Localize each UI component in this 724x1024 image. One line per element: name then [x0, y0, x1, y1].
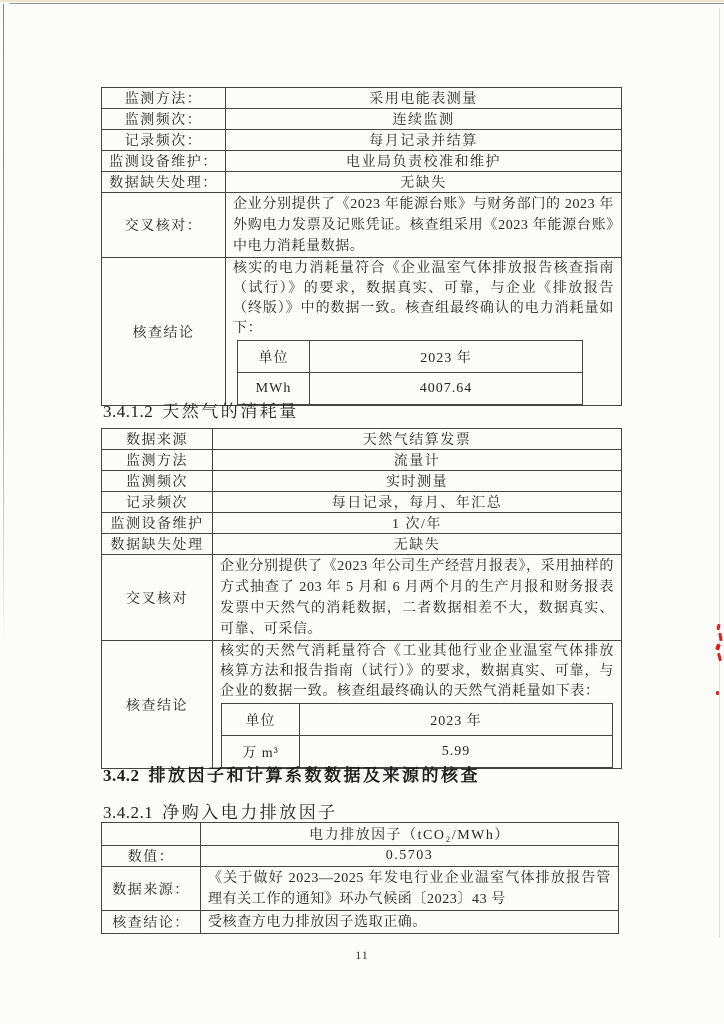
section-number: 3.4.1.2	[103, 402, 153, 421]
row-value: 每日记录，每月、年汇总	[213, 492, 622, 513]
empty-header-cell	[102, 823, 201, 846]
value-cell: 4007.64	[310, 373, 583, 405]
scan-top-strip	[0, 0, 724, 2]
row-label: 监测设备维护：	[102, 151, 226, 172]
table-row: 核查结论 核实的天然气消耗量符合《工业其他行业企业温室气体排放核算方法和报告指南…	[102, 641, 622, 769]
row-label: 数据缺失处理	[102, 534, 213, 555]
row-value: 企业分别提供了《2023 年公司生产经营月报表》，采用抽样的方式抽查了 203 …	[213, 555, 622, 641]
row-label: 数据来源：	[102, 867, 201, 911]
row-label: 记录频次：	[102, 130, 226, 151]
row-label: 监测方法	[102, 450, 213, 471]
row-value: 0.5703	[201, 846, 619, 867]
row-value: 采用电能表测量	[226, 88, 622, 109]
electricity-consumption-table: 监测方法： 采用电能表测量 监测频次： 连续监测 记录频次： 每月记录并结算 监…	[101, 87, 622, 406]
table-row: 监测频次 实时测量	[102, 471, 622, 492]
section-number: 3.4.2	[103, 766, 140, 785]
conclusion-text: 核实的天然气消耗量符合《工业其他行业企业温室气体排放核算方法和报告指南（试行）》…	[220, 642, 614, 702]
year-header: 2023 年	[310, 341, 583, 373]
scan-top-border	[10, 3, 724, 4]
table-row: 电力排放因子（tCO₂/MWh）	[102, 823, 619, 846]
red-ink-mark	[718, 633, 722, 641]
table-row: 数据来源： 《关于做好 2023—2025 年发电行业企业温室气体排放报告管理有…	[102, 867, 619, 911]
table-row: 数据缺失处理： 无缺失	[102, 172, 622, 193]
natural-gas-result-table: 单位 2023 年 万 m³ 5.99	[221, 703, 613, 768]
row-label: 数据缺失处理：	[102, 172, 226, 193]
row-value: 无缺失	[213, 534, 622, 555]
row-label: 监测方法：	[102, 88, 226, 109]
red-ink-mark	[715, 643, 721, 650]
row-value: 天然气结算发票	[213, 429, 622, 450]
table-row: 监测设备维护 1 次/年	[102, 513, 622, 534]
document-page: 监测方法： 采用电能表测量 监测频次： 连续监测 记录频次： 每月记录并结算 监…	[0, 0, 724, 1024]
table-row: 监测频次： 连续监测	[102, 109, 622, 130]
row-label: 数据来源	[102, 429, 213, 450]
row-value: 受核查方电力排放因子选取正确。	[201, 911, 619, 934]
row-value: 每月记录并结算	[226, 130, 622, 151]
table-row: 监测设备维护： 电业局负责校准和维护	[102, 151, 622, 172]
natural-gas-consumption-table: 数据来源 天然气结算发票 监测方法 流量计 监测频次 实时测量 记录频次 每日记…	[101, 428, 622, 769]
row-value: 《关于做好 2023—2025 年发电行业企业温室气体排放报告管理有关工作的通知…	[201, 867, 619, 911]
table-row: 数据来源 天然气结算发票	[102, 429, 622, 450]
row-label: 监测设备维护	[102, 513, 213, 534]
row-value: 无缺失	[226, 172, 622, 193]
table-row: 数据缺失处理 无缺失	[102, 534, 622, 555]
factor-header: 电力排放因子（tCO₂/MWh）	[201, 823, 619, 846]
section-title: 天然气的消耗量	[162, 402, 299, 421]
row-value: 企业分别提供了《2023 年能源台账》与财务部门的 2023 年外购电力发票及记…	[226, 193, 622, 258]
table-row: 记录频次 每日记录，每月、年汇总	[102, 492, 622, 513]
row-value: 1 次/年	[213, 513, 622, 534]
row-label: 监测频次：	[102, 109, 226, 130]
row-label: 监测频次	[102, 471, 213, 492]
section-heading-natural-gas: 3.4.1.2天然气的消耗量	[103, 397, 299, 422]
conclusion-cell: 核实的电力消耗量符合《企业温室气体排放报告核查指南（试行）》的要求，数据真实、可…	[226, 258, 622, 406]
section-heading-purchased-power: 3.4.2.1净购入电力排放因子	[103, 798, 338, 823]
row-label: 数值：	[102, 846, 201, 867]
table-row: 单位 2023 年	[222, 704, 613, 736]
table-row: 记录频次： 每月记录并结算	[102, 130, 622, 151]
table-row: 单位 2023 年	[238, 341, 583, 373]
row-value: 实时测量	[213, 471, 622, 492]
electricity-result-table: 单位 2023 年 MWh 4007.64	[237, 340, 583, 405]
unit-header: 单位	[238, 341, 310, 373]
table-row: 交叉核对 企业分别提供了《2023 年公司生产经营月报表》，采用抽样的方式抽查了…	[102, 555, 622, 641]
scan-left-border	[3, 4, 4, 644]
table-row: 监测方法： 采用电能表测量	[102, 88, 622, 109]
table-row: 核查结论： 受核查方电力排放因子选取正确。	[102, 911, 619, 934]
table-row: 监测方法 流量计	[102, 450, 622, 471]
section-title: 净购入电力排放因子	[162, 803, 338, 822]
row-value: 流量计	[213, 450, 622, 471]
table-row: 数值： 0.5703	[102, 846, 619, 867]
section-heading-emission-factors: 3.4.2排放因子和计算系数数据及来源的核查	[103, 761, 480, 786]
table-row: 核查结论 核实的电力消耗量符合《企业温室气体排放报告核查指南（试行）》的要求，数…	[102, 258, 622, 406]
emission-factor-table: 电力排放因子（tCO₂/MWh） 数值： 0.5703 数据来源： 《关于做好 …	[101, 822, 619, 934]
row-label: 核查结论	[102, 641, 213, 769]
conclusion-cell: 核实的天然气消耗量符合《工业其他行业企业温室气体排放核算方法和报告指南（试行）》…	[213, 641, 622, 769]
row-label: 核查结论：	[102, 911, 201, 934]
page-number: 11	[0, 948, 724, 963]
red-ink-mark	[716, 691, 719, 695]
row-value: 连续监测	[226, 109, 622, 130]
row-label: 交叉核对	[102, 555, 213, 641]
row-label: 记录频次	[102, 492, 213, 513]
unit-header: 单位	[222, 704, 300, 736]
red-ink-mark	[717, 653, 722, 661]
year-header: 2023 年	[300, 704, 613, 736]
section-title: 排放因子和计算系数数据及来源的核查	[149, 766, 481, 785]
conclusion-text: 核实的电力消耗量符合《企业温室气体排放报告核查指南（试行）》的要求，数据真实、可…	[233, 259, 614, 339]
scan-right-border	[719, 8, 720, 938]
section-number: 3.4.2.1	[103, 803, 153, 822]
row-value: 电业局负责校准和维护	[226, 151, 622, 172]
row-label: 交叉核对：	[102, 193, 226, 258]
table-row: 交叉核对： 企业分别提供了《2023 年能源台账》与财务部门的 2023 年外购…	[102, 193, 622, 258]
row-label: 核查结论	[102, 258, 226, 406]
